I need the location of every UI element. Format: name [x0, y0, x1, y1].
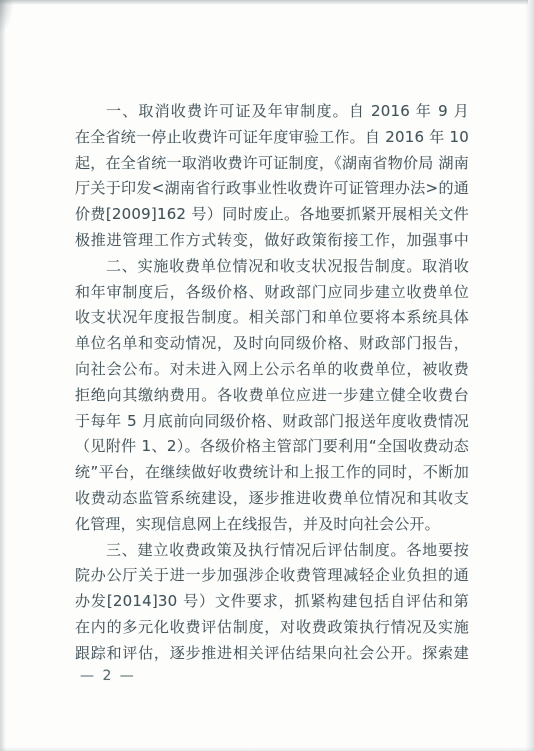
document-line: 化管理，实现信息网上在线报告，并及时向社会公开。 — [75, 512, 469, 538]
scanned-document-page: 一、取消收费许可证及年审制度。自 2016 年 9 月 30 日起， 在全省统一… — [0, 0, 534, 751]
document-line: 向社会公布。对未进入网上公示名单的收费单位，被收费对象可以 — [75, 357, 469, 383]
document-line: 跟踪和评估，逐步推进相关评估结果向社会公开。探索建立收费单 — [75, 641, 469, 667]
document-line: 起，在全省统一取消收费许可证制度，《湖南省物价局 湖南省财政 — [75, 151, 469, 177]
document-line: 在全省统一停止收费许可证年度审验工作。自 2016 年 10 月 15 日 — [75, 125, 469, 151]
document-line: 二、实施收费单位情况和收支状况报告制度。取消收费许可证 — [75, 254, 469, 280]
document-line: 收费动态监管系统建设，逐步推进收费单位情况和其收支状况信息 — [75, 486, 469, 512]
document-line: 三、建立收费政策及执行情况后评估制度。各地要按照《国务 — [75, 538, 469, 564]
page-number: — 2 — — [80, 668, 136, 684]
document-line: 价费[2009]162 号）同时废止。各地要抓紧开展相关文件的清理，积 — [75, 202, 469, 228]
document-line: 单位名单和变动情况，及时向同级价格、财政部门报告，并在网站 — [75, 331, 469, 357]
document-body: 一、取消收费许可证及年审制度。自 2016 年 9 月 30 日起， 在全省统一… — [75, 99, 469, 667]
document-line: 拒绝向其缴纳费用。各收费单位应进一步建立健全收费台帐制度， — [75, 383, 469, 409]
scan-edge-right — [525, 0, 534, 751]
document-line: 极推进管理工作方式转变，做好政策衔接工作，加强事中事后监管。 — [75, 228, 469, 254]
scan-corner-smudge — [0, 0, 14, 34]
document-line: 在内的多元化收费评估制度，对收费政策执行情况及实施效果进行 — [75, 615, 469, 641]
document-line: 厅关于印发<湖南省行政事业性收费许可证管理办法>的通知》（湘 — [75, 176, 469, 202]
scan-edge-bottom — [0, 747, 534, 751]
document-line: 院办公厅关于进一步加强涉企收费管理减轻企业负担的通知》（国 — [75, 563, 469, 589]
document-line: 于每年 5 月底前向同级价格、财政部门报送年度收费情况报告表 — [75, 409, 469, 435]
document-line: 办发[2014]30 号）文件要求，抓紧构建包括自评估和第三方评估 — [75, 589, 469, 615]
scan-edge-left — [0, 0, 6, 751]
document-line: 统”平台，在继续做好收费统计和上报工作的同时，不断加强全国 — [75, 460, 469, 486]
scan-edge-top — [0, 0, 528, 5]
document-line: 和年审制度后，各级价格、财政部门应同步建立收费单位情况和其 — [75, 280, 469, 306]
document-line: 一、取消收费许可证及年审制度。自 2016 年 9 月 30 日起， — [75, 99, 469, 125]
document-line: （见附件 1、2）。各级价格主管部门要利用“全国收费动态监管系 — [75, 434, 469, 460]
document-line: 收支状况年度报告制度。相关部门和单位要将本系统具体实施收费 — [75, 305, 469, 331]
